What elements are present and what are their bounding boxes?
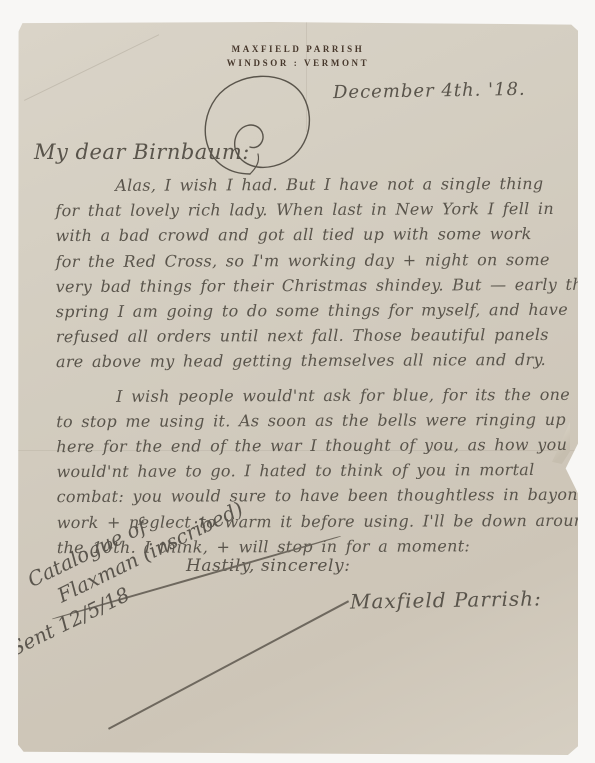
body-line: are above my head getting themselves all… (56, 347, 564, 374)
salutation: My dear Birnbaum: (34, 140, 250, 164)
letterhead-name: MAXFIELD PARRISH (18, 42, 578, 56)
annotation-line-bottom (108, 600, 349, 729)
date-line: December 4th. '18. (333, 78, 583, 103)
signature: Maxfield Parrish: (350, 586, 542, 613)
body-line: with a bad crowd and got all tied up wit… (55, 221, 563, 248)
scan-background: MAXFIELD PARRISH WINDSOR : VERMONT Decem… (0, 0, 595, 763)
body-line: for that lovely rich lady. When last in … (55, 196, 563, 223)
letter-sheet: MAXFIELD PARRISH WINDSOR : VERMONT Decem… (18, 22, 578, 755)
body-line: Alas, I wish I had. But I have not a sin… (55, 171, 563, 198)
body-line: would'nt have to go. I hated to think of… (56, 457, 564, 484)
letterhead: MAXFIELD PARRISH WINDSOR : VERMONT (18, 42, 578, 70)
body-line: to stop me using it. As soon as the bell… (56, 407, 564, 434)
body-line: combat: you would sure to have been thou… (57, 482, 565, 509)
letterhead-address: WINDSOR : VERMONT (18, 56, 578, 70)
letter-body: Alas, I wish I had. But I have not a sin… (55, 171, 565, 560)
body-line: very bad things for their Christmas shin… (56, 272, 564, 299)
body-line: I wish people would'nt ask for blue, for… (56, 382, 564, 409)
body-line: for the Red Cross, so I'm working day + … (55, 247, 563, 274)
body-line: refused all orders until next fall. Thos… (56, 322, 564, 349)
body-line: here for the end of the war I thought of… (56, 432, 564, 459)
body-line: spring I am going to do some things for … (56, 297, 564, 324)
